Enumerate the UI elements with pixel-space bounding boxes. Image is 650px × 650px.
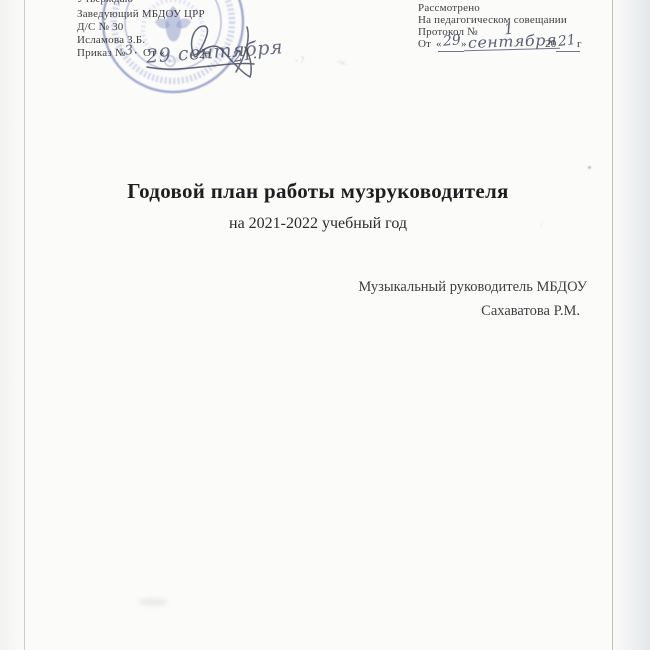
author-name: Сахаватова Р.М. (481, 303, 580, 320)
approval-line-ds-number: Д/С № 30 (77, 21, 124, 33)
review-ot-label: От (418, 38, 431, 50)
review-line-rassmotreno: Рассмотрено (418, 2, 480, 14)
review-quote-close: » (461, 38, 467, 50)
handwritten-day: 29 (442, 32, 461, 49)
scan-speck (588, 166, 591, 169)
page-subtitle: на 2021-2022 учебный год (28, 215, 608, 233)
scan-smudge: ·w. (336, 57, 347, 67)
scan-shading-right (613, 0, 650, 650)
blank-underline-year (556, 51, 580, 52)
scanned-document-page: Утверждаю Заведующий МБДОУ ЦРР Д/С № 30 … (0, 0, 650, 650)
approval-line-utverzhdayu: Утверждаю (77, 0, 133, 5)
review-g-label: г (577, 38, 582, 50)
handwritten-prikaz-number: 3. (124, 42, 138, 59)
scan-smudge: - ? (295, 55, 304, 65)
page-title: Годовой план работы музруководителя (28, 179, 608, 204)
scan-smudge: / (540, 220, 543, 230)
review-line-soveshchanie: На педагогическом совещании (418, 14, 567, 26)
blank-underline-day (438, 51, 464, 52)
approval-line-zaveduyushchiy: Заведующий МБДОУ ЦРР (77, 8, 205, 20)
handwritten-year-left: 21. (232, 44, 259, 66)
approval-prikaz-label: Приказ № (77, 47, 126, 59)
paper-edge-right (612, 0, 613, 650)
official-round-stamp-seal (0, 0, 650, 650)
author-role: Музыкальный руководитель МБДОУ (358, 279, 587, 296)
scan-shading-left (0, 0, 24, 650)
handwritten-date-scrawl: 29 сентября (145, 36, 283, 68)
handwritten-year-right: 21 (557, 32, 577, 50)
review-quote-open: « (436, 38, 442, 50)
paper-edge-left (24, 0, 25, 650)
signature-stroke (0, 0, 650, 650)
scan-smudge (138, 598, 168, 606)
